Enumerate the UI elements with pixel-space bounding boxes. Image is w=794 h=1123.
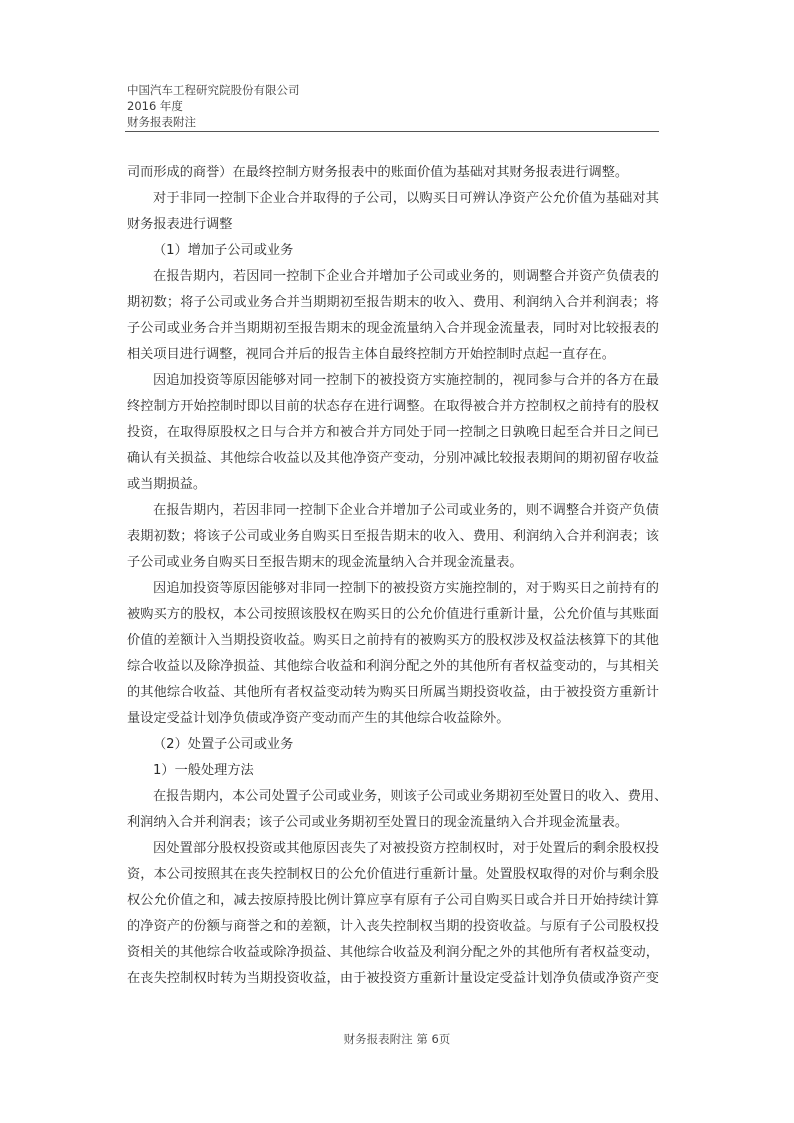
text-line: 或当期损益。 <box>127 472 206 498</box>
text-line: 在报告期内，若因非同一控制下企业合并增加子公司或业务的，则不调整合并资产负债 <box>153 498 659 524</box>
text-line: 终控制方开始控制时即以目前的状态存在进行调整。在取得被合并方控制权之前持有的股权 <box>127 394 659 420</box>
text-line: 综合收益以及除净损益、其他综合收益和利润分配之外的其他所有者权益变动的，与其相关 <box>127 654 659 680</box>
text-line: 权公允价值之和，减去按原持股比例计算应享有原有子公司自购买日或合并日开始持续计算 <box>127 888 659 914</box>
text-line: 资相关的其他综合收益或除净损益、其他综合收益及利润分配之外的其他所有者权益变动， <box>127 940 659 966</box>
text-line: 利润纳入合并利润表；该子公司或业务期初至处置日的现金流量纳入合并现金流量表。 <box>127 810 628 836</box>
header-divider <box>125 131 659 132</box>
text-line: 对于非同一控制下企业合并取得的子公司，以购买日可辨认净资产公允价值为基础对其 <box>153 186 659 212</box>
text-line: 在报告期内，本公司处置子公司或业务，则该子公司或业务期初至处置日的收入、费用、 <box>153 784 659 810</box>
text-line: 财务报表进行调整 <box>127 212 233 238</box>
text-line: 1）一般处理方法 <box>153 758 254 784</box>
text-line: 投资，在取得原股权之日与合并方和被合并方同处于同一控制之日孰晚日起至合并日之间已 <box>127 420 659 446</box>
text-line: 因追加投资等原因能够对非同一控制下的被投资方实施控制的，对于购买日之前持有的 <box>153 576 659 602</box>
document-title: 财务报表附注 <box>127 114 659 130</box>
text-line: 在丧失控制权时转为当期投资收益，由于被投资方重新计量设定受益计划净负债或净资产变 <box>127 966 659 992</box>
text-line: 子公司或业务自购买日至报告期末的现金流量纳入合并现金流量表。 <box>127 550 523 576</box>
text-line: （1）增加子公司或业务 <box>153 238 293 264</box>
text-line: 因追加投资等原因能够对同一控制下的被投资方实施控制的，视同参与合并的各方在最 <box>153 368 659 394</box>
text-line: 确认有关损益、其他综合收益以及其他净资产变动，分别冲减比较报表期间的期初留存收益 <box>127 446 659 472</box>
text-line: 价值的差额计入当期投资收益。购买日之前持有的被购买方的股权涉及权益法核算下的其他 <box>127 628 659 654</box>
text-line: 因处置部分股权投资或其他原因丧失了对被投资方控制权时，对于处置后的剩余股权投 <box>153 836 659 862</box>
text-line: 期初数；将子公司或业务合并当期期初至报告期末的收入、费用、利润纳入合并利润表；将 <box>127 290 659 316</box>
text-line: 相关项目进行调整，视同合并后的报告主体自最终控制方开始控制时点起一直存在。 <box>127 342 615 368</box>
text-line: 资，本公司按照其在丧失控制权日的公允价值进行重新计量。处置股权取得的对价与剩余股 <box>127 862 659 888</box>
text-line: 被购买方的股权，本公司按照该股权在购买日的公允价值进行重新计量，公允价值与其账面 <box>127 602 659 628</box>
company-name: 中国汽车工程研究院股份有限公司 <box>127 82 659 98</box>
page-footer: 财务报表附注 第 6页 <box>0 1031 794 1047</box>
fiscal-year: 2016 年度 <box>127 98 659 114</box>
text-line: 子公司或业务合并当期期初至报告期末的现金流量纳入合并现金流量表，同时对比较报表的 <box>127 316 659 342</box>
text-line: 的其他综合收益、其他所有者权益变动转为购买日所属当期投资收益，由于被投资方重新计 <box>127 680 659 706</box>
text-line: 量设定受益计划净负债或净资产变动而产生的其他综合收益除外。 <box>127 706 509 732</box>
page-header: 中国汽车工程研究院股份有限公司 2016 年度 财务报表附注 <box>127 82 659 130</box>
text-line: （2）处置子公司或业务 <box>153 732 293 758</box>
text-line: 司而形成的商誉）在最终控制方财务报表中的账面价值为基础对其财务报表进行调整。 <box>127 160 628 186</box>
text-line: 表期初数；将该子公司或业务自购买日至报告期末的收入、费用、利润纳入合并利润表；该 <box>127 524 659 550</box>
text-line: 的净资产的份额与商誉之和的差额，计入丧失控制权当期的投资收益。与原有子公司股权投 <box>127 914 659 940</box>
text-line: 在报告期内，若因同一控制下企业合并增加子公司或业务的，则调整合并资产负债表的 <box>153 264 659 290</box>
